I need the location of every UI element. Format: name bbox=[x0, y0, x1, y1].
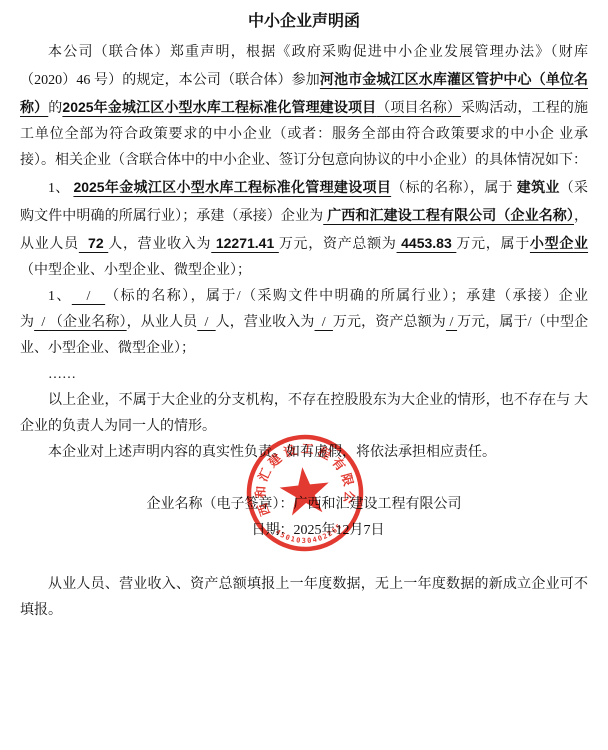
item-1-paragraph: 1、 2025年金城江区小型水库工程标准化管理建设项目（标的名称），属于 建筑业… bbox=[20, 174, 588, 284]
text-segment: ，从业人员 bbox=[127, 315, 198, 330]
text-segment: 72 bbox=[79, 235, 108, 251]
item-2-template-paragraph: 1、 / （标的名称），属于/（采购文件中明确的所属行业）；承建（承接）企业为 … bbox=[20, 284, 588, 362]
text-segment: / bbox=[197, 315, 215, 330]
text-segment: 广西和汇建设工程有限公司（企业名称） bbox=[323, 207, 574, 223]
footer-note: 从业人员、营业收入、资产总额填报上一年度数据，无上一年度数据的新成立企业可不填报… bbox=[20, 572, 588, 624]
intro-paragraph: 本公司（联合体）郑重声明，根据《政府采购促进中小企业发展管理办法》（财库 （20… bbox=[20, 40, 588, 174]
text-segment: 1、 bbox=[48, 289, 72, 304]
text-segment: （项目名称） bbox=[376, 101, 461, 116]
text-segment: 人，营业收入为 bbox=[216, 315, 315, 330]
text-segment: 4453.83 bbox=[397, 235, 457, 251]
text-segment: 万元，资产总额为 bbox=[333, 315, 446, 330]
text-segment: 1、 bbox=[48, 181, 73, 196]
text-segment: / bbox=[72, 289, 105, 304]
declaration-document-page: 中小企业声明函 本公司（联合体）郑重声明，根据《政府采购促进中小企业发展管理办法… bbox=[0, 0, 608, 750]
seal-star-icon bbox=[278, 465, 332, 517]
text-segment: （标的名称），属于 bbox=[391, 181, 517, 196]
text-segment: 人，营业收入为 bbox=[108, 237, 211, 252]
text-segment: 万元，属于 bbox=[456, 237, 530, 252]
text-segment: / bbox=[446, 315, 457, 330]
document-title: 中小企业声明函 bbox=[20, 10, 588, 34]
text-segment: / bbox=[315, 315, 333, 330]
text-segment: 12271.41 bbox=[211, 235, 279, 251]
text-segment: 2025年金城江区小型水库工程标准化管理建设项目 bbox=[62, 99, 376, 115]
text-segment: 万元，资产总额为 bbox=[279, 237, 397, 252]
ellipsis-line: …… bbox=[20, 362, 588, 388]
text-segment: （企业名称） bbox=[49, 315, 127, 330]
company-seal: 广西和汇建设工程有限公司 4501030402265 bbox=[239, 427, 371, 559]
text-segment: 建筑业 bbox=[517, 179, 560, 195]
text-segment: （中型企业、小型企业、微型企业）； bbox=[20, 263, 251, 278]
text-segment: 的 bbox=[48, 101, 62, 116]
text-segment: / bbox=[34, 315, 49, 330]
text-segment: 2025年金城江区小型水库工程标准化管理建设项目 bbox=[73, 179, 391, 195]
text-segment: 小型企业 bbox=[530, 235, 588, 251]
